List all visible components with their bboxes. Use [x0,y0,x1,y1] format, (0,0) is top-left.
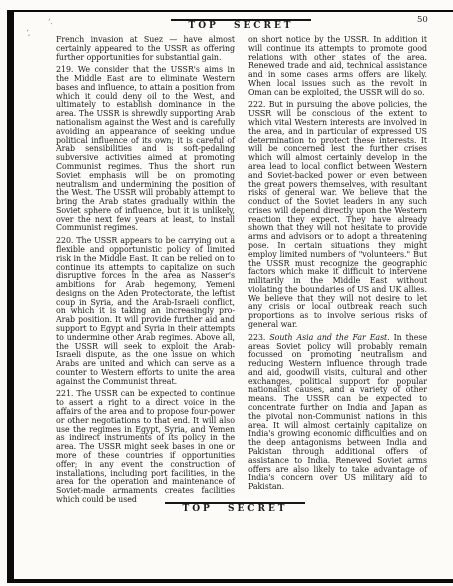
scan-edge-bottom [7,579,453,583]
scanned-document-page: ’, ’. TOP SECRET 50 French invasion at S… [0,0,453,586]
paragraph-number: 223. [248,333,269,342]
paragraph-222: 222. But in pursuing the above policies,… [248,101,427,329]
paragraph-220: 220. The USSR appears to be carrying out… [56,237,235,386]
classification-text: TOP SECRET [183,504,288,514]
section-heading-italic: South Asia and the Far East. [269,333,389,342]
paragraph-continuation: French invasion at Suez — have almost ce… [56,36,235,62]
document-body: French invasion at Suez — have almost ce… [56,36,427,509]
paragraph-219: 219. We consider that the USSR's aims in… [56,66,235,233]
scan-edge-left [7,10,14,583]
classification-text: TOP SECRET [189,21,294,31]
pencil-mark: ’. [48,19,53,26]
page-number: 50 [417,15,428,25]
classification-stamp-top: TOP SECRET [171,13,311,32]
paragraph-text: In these areas Soviet policy will probab… [248,333,427,491]
pencil-mark: ’, [26,30,31,38]
classification-stamp-bottom: TOP SECRET [165,496,305,515]
scan-edge-top [7,10,453,12]
left-column: French invasion at Suez — have almost ce… [56,36,235,509]
paragraph-221: 221. The USSR can be expected to continu… [56,390,235,504]
right-column: on short notice by the USSR. In addition… [248,36,427,509]
paragraph-223: 223. South Asia and the Far East. In the… [248,334,427,492]
paragraph-continuation: on short notice by the USSR. In addition… [248,36,427,97]
